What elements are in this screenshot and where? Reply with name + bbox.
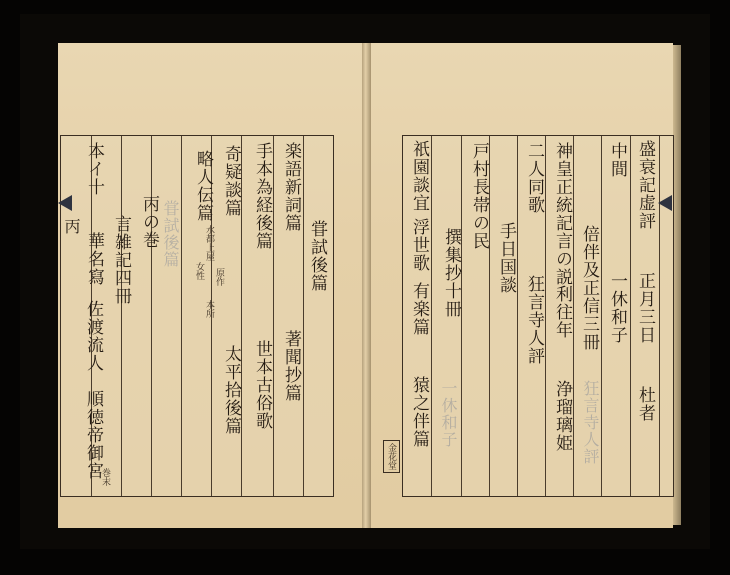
catalogue-entry: 佐渡流人 [84, 300, 101, 372]
catalogue-entry: 狂言寺人評 [525, 275, 542, 365]
column-rule [545, 136, 546, 496]
bleed-through-text: 狂言寺人評 [582, 380, 598, 465]
catalogue-entry: 盛衰記虚評 [636, 140, 653, 230]
column-rule [489, 136, 490, 496]
catalogue-entry: 甞試後篇 [308, 220, 325, 292]
catalogue-entry: 略人伝篇 [194, 150, 211, 222]
small-note: 巻末 [100, 468, 109, 486]
left-index-tab [58, 195, 72, 211]
catalogue-entry: 言雑記四冊 [112, 215, 129, 305]
catalogue-entry: 正月三日 [636, 272, 653, 344]
catalogue-entry: 杜者 [636, 386, 653, 422]
edge-label: 丙 [60, 218, 83, 234]
column-rule [517, 136, 518, 496]
catalogue-entry: 浮世歌 [410, 218, 427, 272]
catalogue-entry: 倍伴及正信三冊 [580, 225, 597, 351]
small-note: 本所 [204, 300, 213, 318]
catalogue-entry: 利往年 [553, 285, 570, 339]
column-rule [659, 136, 660, 496]
catalogue-entry: 太平拾後篇 [222, 345, 239, 435]
column-rule [181, 136, 182, 496]
catalogue-entry: 手日国談 [497, 222, 514, 294]
volume-heading: 丙の巻 [140, 195, 157, 249]
publisher-seal: 金花堂 [383, 440, 400, 473]
catalogue-entry: 祇園談宜 [410, 140, 427, 212]
column-rule [601, 136, 602, 496]
catalogue-entry: 本イ十 [85, 142, 102, 196]
catalogue-entry: 順徳帝御宮 [84, 390, 101, 480]
right-index-tab [658, 195, 672, 211]
catalogue-entry: 戸村長帯の民 [470, 142, 487, 250]
catalogue-entry: 神皇正統記言の説 [553, 142, 570, 286]
column-rule [151, 136, 152, 496]
column-rule [431, 136, 432, 496]
catalogue-entry: 著聞抄篇 [282, 330, 299, 402]
column-rule [273, 136, 274, 496]
bleed-through-text: 一休和子 [440, 380, 456, 448]
column-rule [241, 136, 242, 496]
small-note: 女性 [194, 262, 203, 280]
catalogue-entry: 手本為経後篇 [253, 142, 270, 250]
catalogue-entry: 撰集抄十冊 [442, 228, 459, 318]
column-rule [573, 136, 574, 496]
catalogue-entry: 有楽篇 [410, 282, 427, 336]
catalogue-entry: 楽語新詞篇 [282, 142, 299, 232]
catalogue-entry: 中間 [608, 142, 625, 178]
catalogue-entry: 一休和子 [608, 272, 625, 344]
column-rule [630, 136, 631, 496]
catalogue-entry: 奇疑談篇 [222, 145, 239, 217]
catalogue-entry: 二人同歌 [525, 142, 542, 214]
column-rule [461, 136, 462, 496]
bleed-through-text: 甞試後篇 [162, 200, 178, 268]
catalogue-entry: 猿之伴篇 [410, 376, 427, 448]
catalogue-entry: 華名寫 [85, 232, 102, 286]
small-note: 原作 [214, 268, 223, 286]
column-rule [303, 136, 304, 496]
column-rule [121, 136, 122, 496]
book-gutter [362, 43, 371, 528]
catalogue-entry: 世本古俗歌 [253, 340, 270, 430]
catalogue-entry: 浄瑠璃姫 [553, 380, 570, 452]
small-note: 水都上屋 [204, 225, 213, 261]
